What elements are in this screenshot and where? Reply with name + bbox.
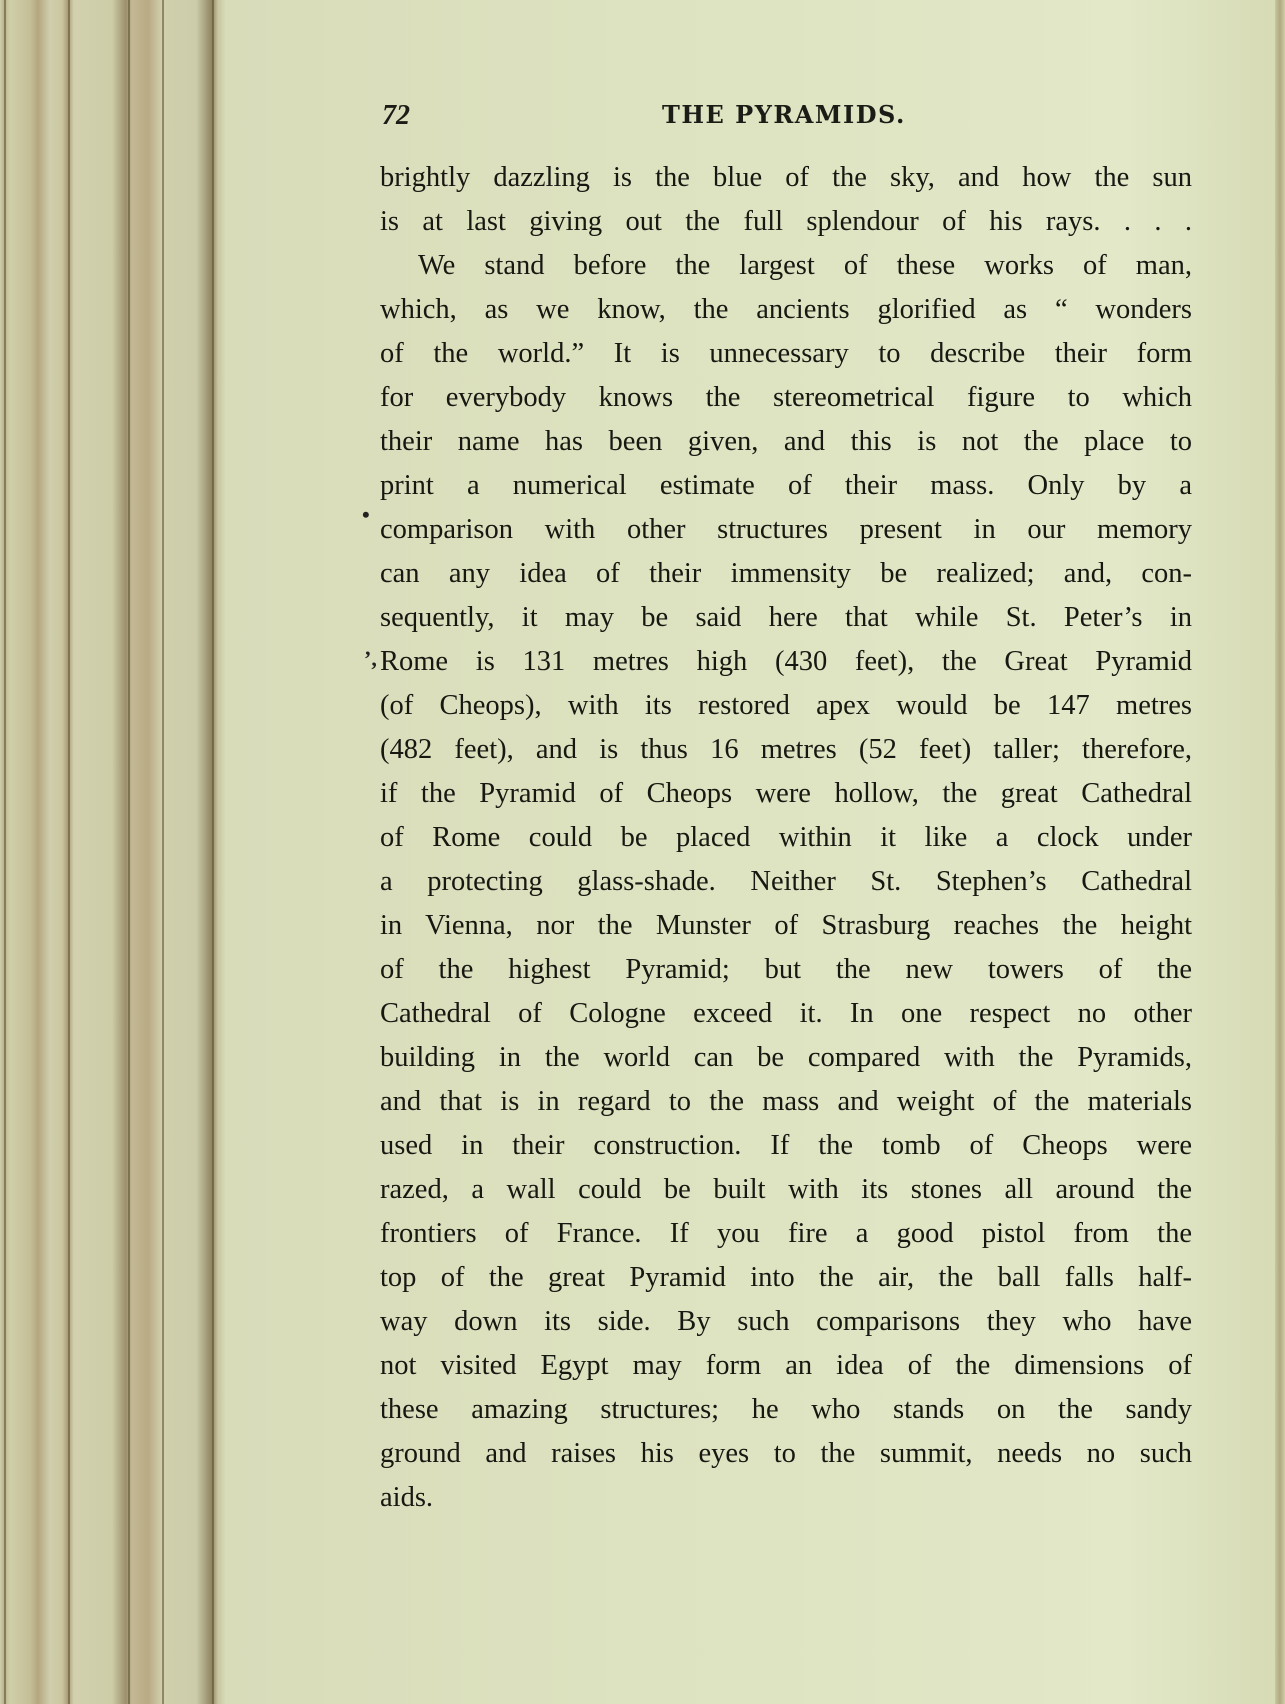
text-line: way down its side. By such comparisons t… [380, 1300, 1192, 1344]
text-line: is at last giving out the full splendour… [380, 200, 1192, 244]
running-head: 72 THE PYRAMIDS. [382, 96, 1192, 136]
text-line: of the world.” It is unnecessary to desc… [380, 332, 1192, 376]
page-edge-line [212, 0, 214, 1704]
text-line: top of the great Pyramid into the air, t… [380, 1256, 1192, 1300]
page-edge-line [4, 0, 6, 1704]
text-line: frontiers of France. If you fire a good … [380, 1212, 1192, 1256]
text-line: (482 feet), and is thus 16 metres (52 fe… [380, 728, 1192, 772]
text-line: aids. [380, 1476, 1192, 1520]
paragraph-start-line: We stand before the largest of these wor… [380, 244, 1192, 288]
body-text: brightly dazzling is the blue of the sky… [380, 156, 1192, 1520]
text-line: their name has been given, and this is n… [380, 420, 1192, 464]
text-line: comparison with other structures present… [380, 508, 1192, 552]
text-line: which, as we know, the ancients glorifie… [380, 288, 1192, 332]
text-line: not visited Egypt may form an idea of th… [380, 1344, 1192, 1388]
text-line: print a numerical estimate of their mass… [380, 464, 1192, 508]
text-line: brightly dazzling is the blue of the sky… [380, 156, 1192, 200]
text-line: (of Cheops), with its restored apex woul… [380, 684, 1192, 728]
page-number: 72 [382, 100, 410, 132]
text-line: a protecting glass-shade. Neither St. St… [380, 860, 1192, 904]
page-edge-line [162, 0, 164, 1704]
page-edge-line [128, 0, 130, 1704]
text-line: Cathedral of Cologne exceed it. In one r… [380, 992, 1192, 1036]
text-line: and that is in regard to the mass and we… [380, 1080, 1192, 1124]
text-line: can any idea of their immensity be reali… [380, 552, 1192, 596]
stacked-page-edges [0, 0, 225, 1704]
text-line: for everybody knows the stereometrical f… [380, 376, 1192, 420]
text-line: used in their construction. If the tomb … [380, 1124, 1192, 1168]
margin-mark: • [362, 502, 370, 528]
text-line: in Vienna, nor the Munster of Strasburg … [380, 904, 1192, 948]
text-line: sequently, it may be said here that whil… [380, 596, 1192, 640]
text-line: ground and raises his eyes to the summit… [380, 1432, 1192, 1476]
text-line: these amazing structures; he who stands … [380, 1388, 1192, 1432]
text-line: building in the world can be compared wi… [380, 1036, 1192, 1080]
page-edge-line [68, 0, 70, 1704]
text-line: razed, a wall could be built with its st… [380, 1168, 1192, 1212]
chapter-title: THE PYRAMIDS. [662, 100, 906, 129]
right-page-edge [1275, 0, 1285, 1704]
text-line: Rome is 131 metres high (430 feet), the … [380, 640, 1192, 684]
text-line: if the Pyramid of Cheops were hollow, th… [380, 772, 1192, 816]
text-line: of the highest Pyramid; but the new towe… [380, 948, 1192, 992]
margin-mark: ’, [364, 646, 377, 672]
text-line: of Rome could be placed within it like a… [380, 816, 1192, 860]
